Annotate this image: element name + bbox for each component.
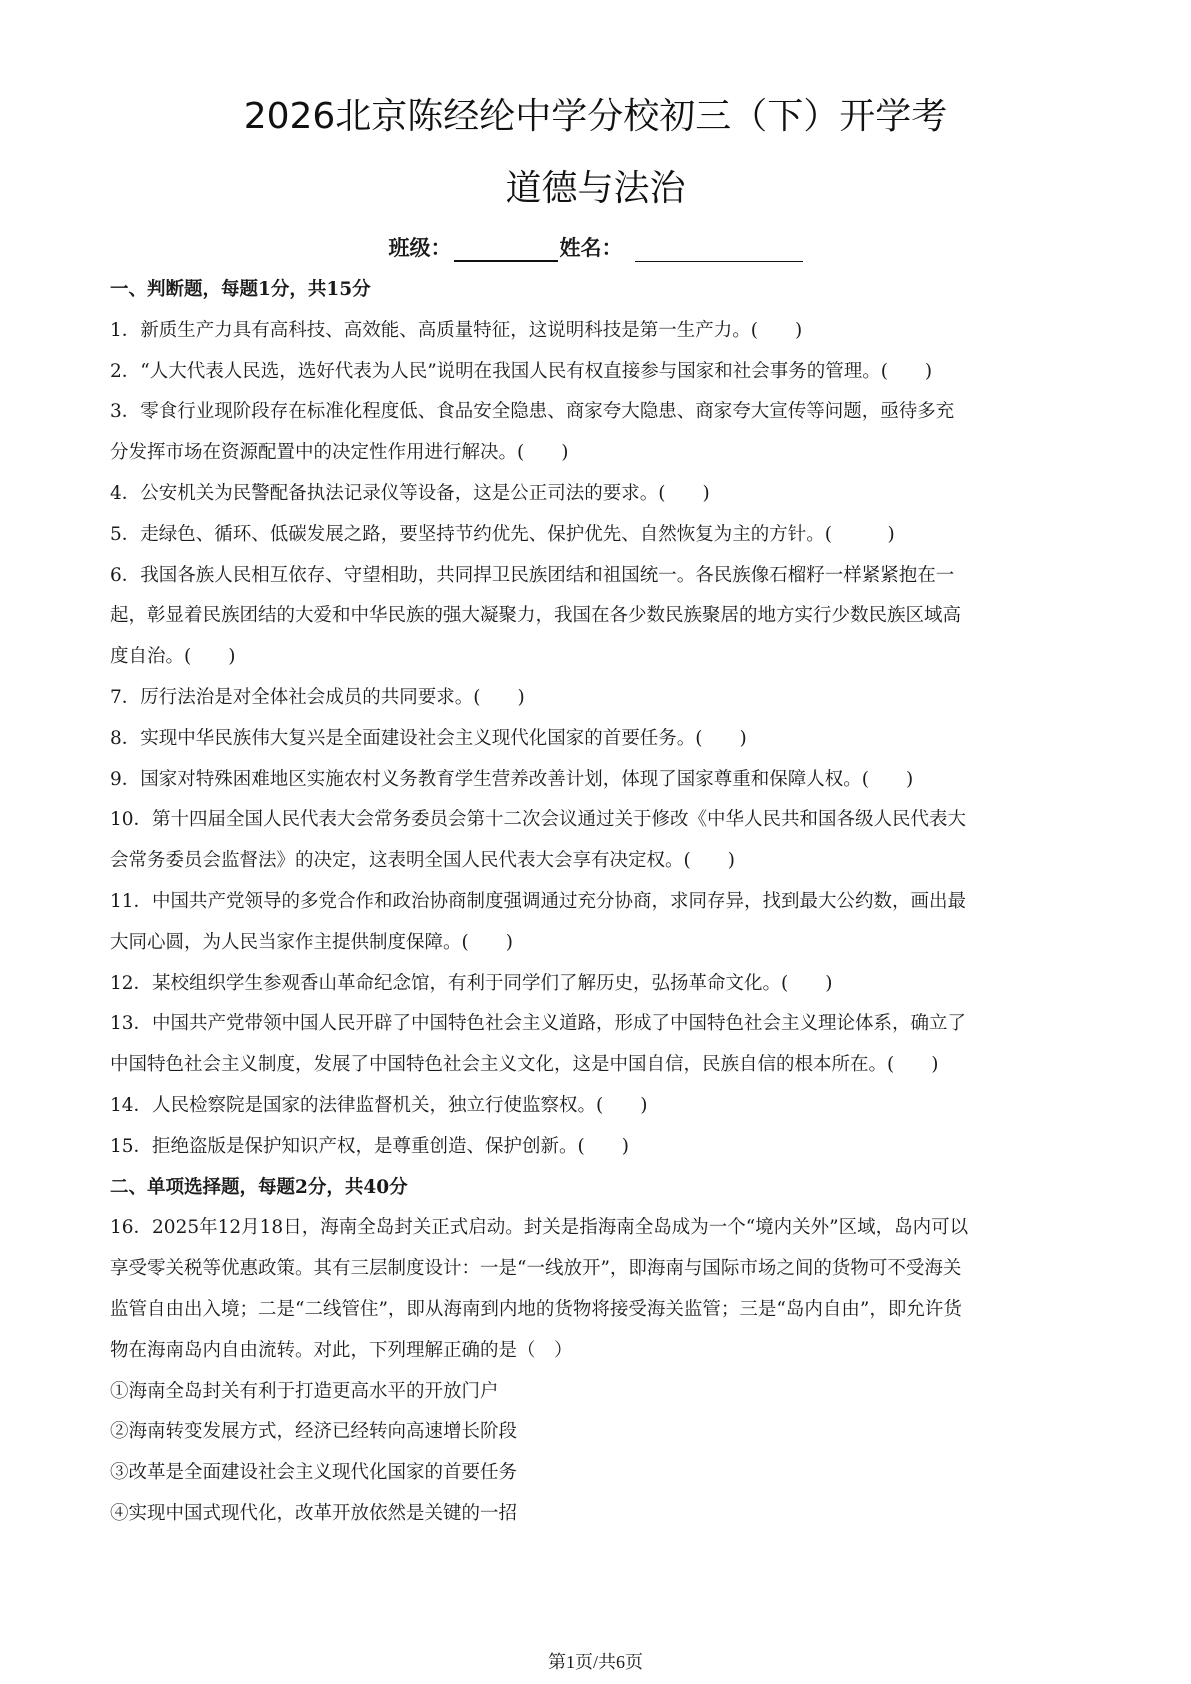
judgment-question: 6．我国各族人民相互依存、守望相助，共同捍卫民族团结和祖国统一。各民族像石榴籽一…: [110, 556, 1082, 678]
judgment-question: 2．“人大代表人民选，选好代表为人民”说明在我国人民有权直接参与国家和社会事务的…: [110, 352, 1082, 393]
subject-title: 道德与法治: [0, 160, 1191, 211]
choice-question-16: 16．2025年12月18日，海南全岛封关正式启动。封关是指海南全岛成为一个“境…: [110, 1208, 1082, 1371]
judgment-question: 4．公安机关为民警配备执法记录仪等设备，这是公正司法的要求。( ): [110, 474, 1082, 515]
judgment-question: 7．厉行法治是对全体社会成员的共同要求。( ): [110, 678, 1082, 719]
option-statement: ③改革是全面建设社会主义现代化国家的首要任务: [110, 1453, 1082, 1494]
question-line: 度自治。( ): [110, 637, 1082, 678]
question-line: 享受零关税等优惠政策。其有三层制度设计：一是“一线放开”，即海南与国际市场之间的…: [110, 1249, 1082, 1290]
judgment-question: 9．国家对特殊困难地区实施农村义务教育学生营养改善计划，体现了国家尊重和保障人权…: [110, 760, 1082, 801]
question-line: 4．公安机关为民警配备执法记录仪等设备，这是公正司法的要求。( ): [110, 474, 1082, 515]
section-heading-choice: 二、单项选择题，每题2分，共40分: [110, 1168, 1082, 1209]
name-blank-field[interactable]: [635, 239, 803, 262]
option-statement: ②海南转变发展方式，经济已经转向高速增长阶段: [110, 1412, 1082, 1453]
question-line: 11．中国共产党领导的多党合作和政治协商制度强调通过充分协商，求同存异，找到最大…: [110, 882, 1082, 923]
question-line: 起，彰显着民族团结的大爱和中华民族的强大凝聚力，我国在各少数民族聚居的地方实行少…: [110, 596, 1082, 637]
question-line: 14．人民检察院是国家的法律监督机关，独立行使监察权。( ): [110, 1086, 1082, 1127]
question-line: 16．2025年12月18日，海南全岛封关正式启动。封关是指海南全岛成为一个“境…: [110, 1208, 1082, 1249]
class-label: 班级：: [389, 236, 452, 260]
judgment-question: 5．走绿色、循环、低碳发展之路，要坚持节约优先、保护优先、自然恢复为主的方针。(…: [110, 515, 1082, 556]
question-line: 大同心圆，为人民当家作主提供制度保障。( ): [110, 923, 1082, 964]
name-label: 姓名：: [560, 236, 623, 260]
judgment-question: 1．新质生产力具有高科技、高效能、高质量特征，这说明科技是第一生产力。( ): [110, 311, 1082, 352]
section-heading-judgment: 一、判断题，每题1分，共15分: [110, 270, 1082, 311]
question-line: 3．零食行业现阶段存在标准化程度低、食品安全隐患、商家夸大隐患、商家夸大宣传等问…: [110, 392, 1082, 433]
class-blank-field[interactable]: [454, 238, 558, 262]
question-line: 6．我国各族人民相互依存、守望相助，共同捍卫民族团结和祖国统一。各民族像石榴籽一…: [110, 556, 1082, 597]
exam-page: 2026北京陈经纶中学分校初三（下）开学考 道德与法治 班级：姓名： 一、判断题…: [0, 0, 1191, 1684]
question-16-options: ①海南全岛封关有利于打造更高水平的开放门户②海南转变发展方式，经济已经转向高速增…: [110, 1372, 1082, 1535]
judgment-question: 12．某校组织学生参观香山革命纪念馆，有利于同学们了解历史，弘扬革命文化。( ): [110, 964, 1082, 1005]
judgment-question: 8．实现中华民族伟大复兴是全面建设社会主义现代化国家的首要任务。( ): [110, 719, 1082, 760]
question-line: 2．“人大代表人民选，选好代表为人民”说明在我国人民有权直接参与国家和社会事务的…: [110, 352, 1082, 393]
judgment-question: 14．人民检察院是国家的法律监督机关，独立行使监察权。( ): [110, 1086, 1082, 1127]
question-line: 13．中国共产党带领中国人民开辟了中国特色社会主义道路，形成了中国特色社会主义理…: [110, 1004, 1082, 1045]
question-line: 10．第十四届全国人民代表大会常务委员会第十二次会议通过关于修改《中华人民共和国…: [110, 800, 1082, 841]
page-indicator: 第1页/共6页: [0, 1648, 1191, 1674]
exam-content: 一、判断题，每题1分，共15分 1．新质生产力具有高科技、高效能、高质量特征，这…: [110, 270, 1082, 1535]
student-info-line: 班级：姓名：: [0, 232, 1191, 262]
question-line: 监管自由出入境；二是“二线管住”，即从海南到内地的货物将接受海关监管；三是“岛内…: [110, 1290, 1082, 1331]
question-line: 12．某校组织学生参观香山革命纪念馆，有利于同学们了解历史，弘扬革命文化。( ): [110, 964, 1082, 1005]
question-line: 15．拒绝盗版是保护知识产权，是尊重创造、保护创新。( ): [110, 1127, 1082, 1168]
exam-title: 2026北京陈经纶中学分校初三（下）开学考: [0, 88, 1191, 139]
question-line: 8．实现中华民族伟大复兴是全面建设社会主义现代化国家的首要任务。( ): [110, 719, 1082, 760]
judgment-question: 15．拒绝盗版是保护知识产权，是尊重创造、保护创新。( ): [110, 1127, 1082, 1168]
question-line: 会常务委员会监督法》的决定，这表明全国人民代表大会享有决定权。( ): [110, 841, 1082, 882]
question-line: 5．走绿色、循环、低碳发展之路，要坚持节约优先、保护优先、自然恢复为主的方针。(…: [110, 515, 1082, 556]
judgment-question: 13．中国共产党带领中国人民开辟了中国特色社会主义道路，形成了中国特色社会主义理…: [110, 1004, 1082, 1086]
question-line: 9．国家对特殊困难地区实施农村义务教育学生营养改善计划，体现了国家尊重和保障人权…: [110, 760, 1082, 801]
option-statement: ④实现中国式现代化，改革开放依然是关键的一招: [110, 1494, 1082, 1535]
question-line: 中国特色社会主义制度，发展了中国特色社会主义文化，这是中国自信，民族自信的根本所…: [110, 1045, 1082, 1086]
question-line: 7．厉行法治是对全体社会成员的共同要求。( ): [110, 678, 1082, 719]
judgment-question: 10．第十四届全国人民代表大会常务委员会第十二次会议通过关于修改《中华人民共和国…: [110, 800, 1082, 882]
judgment-question: 11．中国共产党领导的多党合作和政治协商制度强调通过充分协商，求同存异，找到最大…: [110, 882, 1082, 964]
judgment-question: 3．零食行业现阶段存在标准化程度低、食品安全隐患、商家夸大隐患、商家夸大宣传等问…: [110, 392, 1082, 474]
question-line: 物在海南岛内自由流转。对此，下列理解正确的是（ ）: [110, 1331, 1082, 1372]
option-statement: ①海南全岛封关有利于打造更高水平的开放门户: [110, 1372, 1082, 1413]
question-line: 分发挥市场在资源配置中的决定性作用进行解决。( ): [110, 433, 1082, 474]
question-line: 1．新质生产力具有高科技、高效能、高质量特征，这说明科技是第一生产力。( ): [110, 311, 1082, 352]
judgment-question-list: 1．新质生产力具有高科技、高效能、高质量特征，这说明科技是第一生产力。( )2．…: [110, 311, 1082, 1168]
